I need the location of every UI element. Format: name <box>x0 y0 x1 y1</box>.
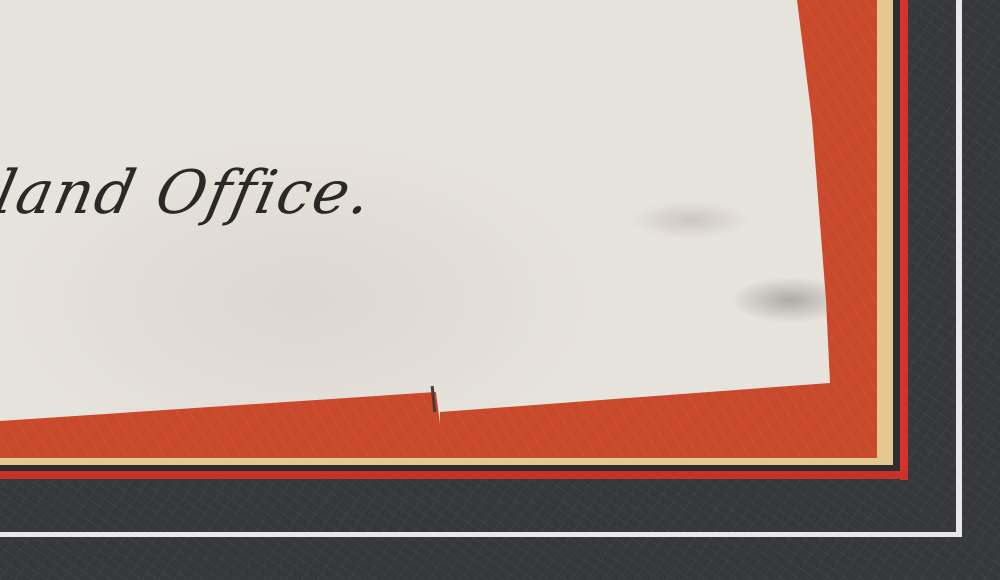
red-fillet-line-vertical <box>900 0 908 480</box>
document-paper: land Office. <box>0 0 840 430</box>
white-fillet-line-horizontal <box>0 532 962 537</box>
white-fillet-line-vertical <box>956 0 962 537</box>
red-fillet-line-horizontal <box>0 471 908 479</box>
document-text: land Office. <box>0 158 380 228</box>
